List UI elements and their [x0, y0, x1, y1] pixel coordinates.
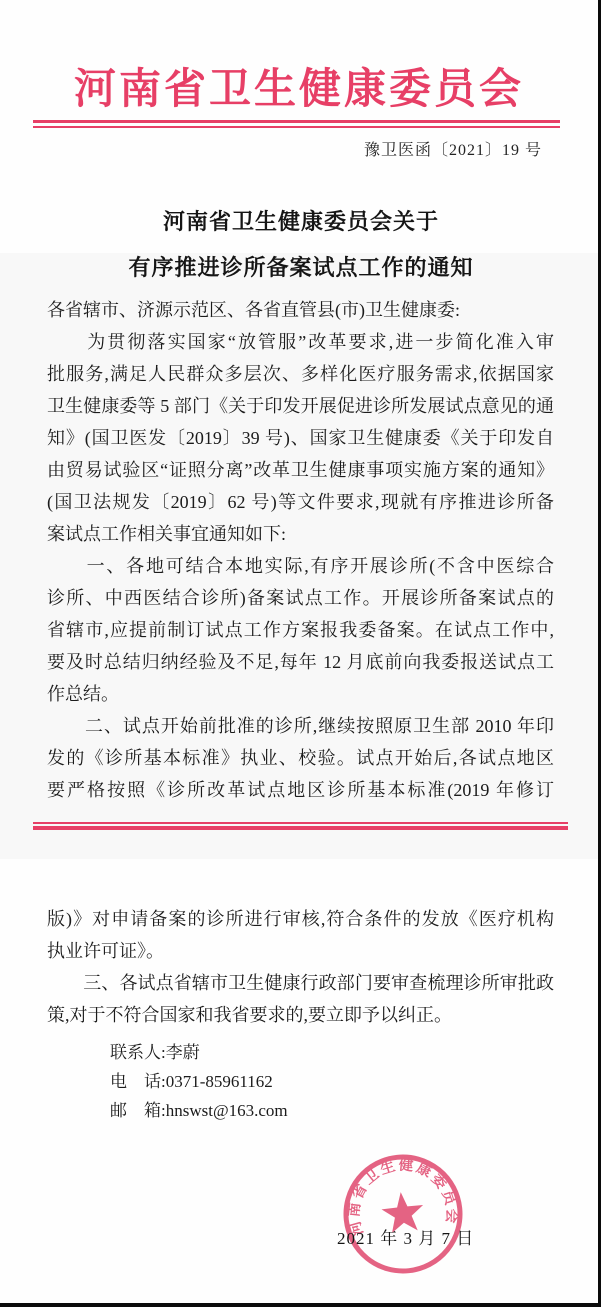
body-line: 一、各地可结合本地实际,有序开展诊所(不含中医综合 — [47, 550, 554, 582]
body-line: (国卫法规发〔2019〕62 号)等文件要求,现就有序推进诊所备 — [47, 486, 554, 518]
body-line: 策,对于不符合国家和我省要求的,要立即予以纠正。 — [47, 999, 554, 1031]
body-line: 发的《诊所基本标准》执业、校验。试点开始后,各试点地区 — [47, 742, 554, 774]
body-line: 二、试点开始前批准的诊所,继续按照原卫生部 2010 年印 — [47, 710, 554, 742]
body-line: 要及时总结归纳经验及不足,每年 12 月底前向我委报送试点工 — [47, 646, 554, 678]
body-line: 作总结。 — [47, 678, 554, 710]
document-reference-number: 豫卫医函〔2021〕19 号 — [364, 137, 542, 160]
document-title-line1: 河南省卫生健康委员会关于 — [48, 199, 554, 245]
contact-info: 联系人:李蔚 电 话:0371-85961162 邮 箱:hnswst@163.… — [110, 1038, 288, 1125]
issuing-authority-header: 河南省卫生健康委员会 — [0, 56, 598, 116]
contact-phone: 电 话:0371-85961162 — [110, 1067, 288, 1096]
body-line: 诊所、中西医结合诊所)备案试点工作。开展诊所备案试点的 — [47, 582, 554, 614]
header-double-rule — [33, 120, 560, 128]
scanned-official-document: 河南省卫生健康委员会 豫卫医函〔2021〕19 号 河南省卫生健康委员会关于 有… — [0, 0, 601, 1307]
official-red-seal: 河南省卫生健康委员会 — [341, 1152, 465, 1276]
body-line: 为贯彻落实国家“放管服”改革要求,进一步简化准入审 — [47, 326, 554, 358]
body-page1: 各省辖市、济源示范区、各省直管县(市)卫生健康委: 为贯彻落实国家“放管服”改革… — [47, 294, 554, 806]
body-line: 省辖市,应提前制订试点工作方案报我委备案。在试点工作中, — [47, 614, 554, 646]
page-break-red-rule — [33, 822, 568, 830]
body-line: 批服务,满足人民群众多层次、多样化医疗服务需求,依据国家 — [47, 358, 554, 390]
body-line: 卫生健康委等 5 部门《关于印发开展促进诊所发展试点意见的通 — [47, 390, 554, 422]
body-line: 案试点工作相关事宜通知如下: — [47, 518, 554, 550]
document-date: 2021 年 3 月 7 日 — [337, 1224, 474, 1249]
body-line: 执业许可证》。 — [47, 935, 554, 967]
body-line: 三、各试点省辖市卫生健康行政部门要审查梳理诊所审批政 — [47, 967, 554, 999]
body-line: 由贸易试验区“证照分离”改革卫生健康事项实施方案的通知》 — [47, 454, 554, 486]
document-title: 河南省卫生健康委员会关于 有序推进诊所备案试点工作的通知 — [48, 199, 554, 291]
body-page2: 版)》对申请备案的诊所进行审核,符合条件的发放《医疗机构 执业许可证》。 三、各… — [47, 903, 554, 1031]
body-line: 各省辖市、济源示范区、各省直管县(市)卫生健康委: — [47, 294, 554, 326]
contact-person: 联系人:李蔚 — [110, 1038, 288, 1067]
document-title-line2: 有序推进诊所备案试点工作的通知 — [48, 245, 554, 291]
body-line: 知》(国卫医发〔2019〕39 号)、国家卫生健康委《关于印发自 — [47, 422, 554, 454]
contact-email: 邮 箱:hnswst@163.com — [110, 1096, 288, 1125]
body-line: 要严格按照《诊所改革试点地区诊所基本标准(2019 年修订 — [47, 774, 554, 806]
body-line: 版)》对申请备案的诊所进行审核,符合条件的发放《医疗机构 — [47, 903, 554, 935]
